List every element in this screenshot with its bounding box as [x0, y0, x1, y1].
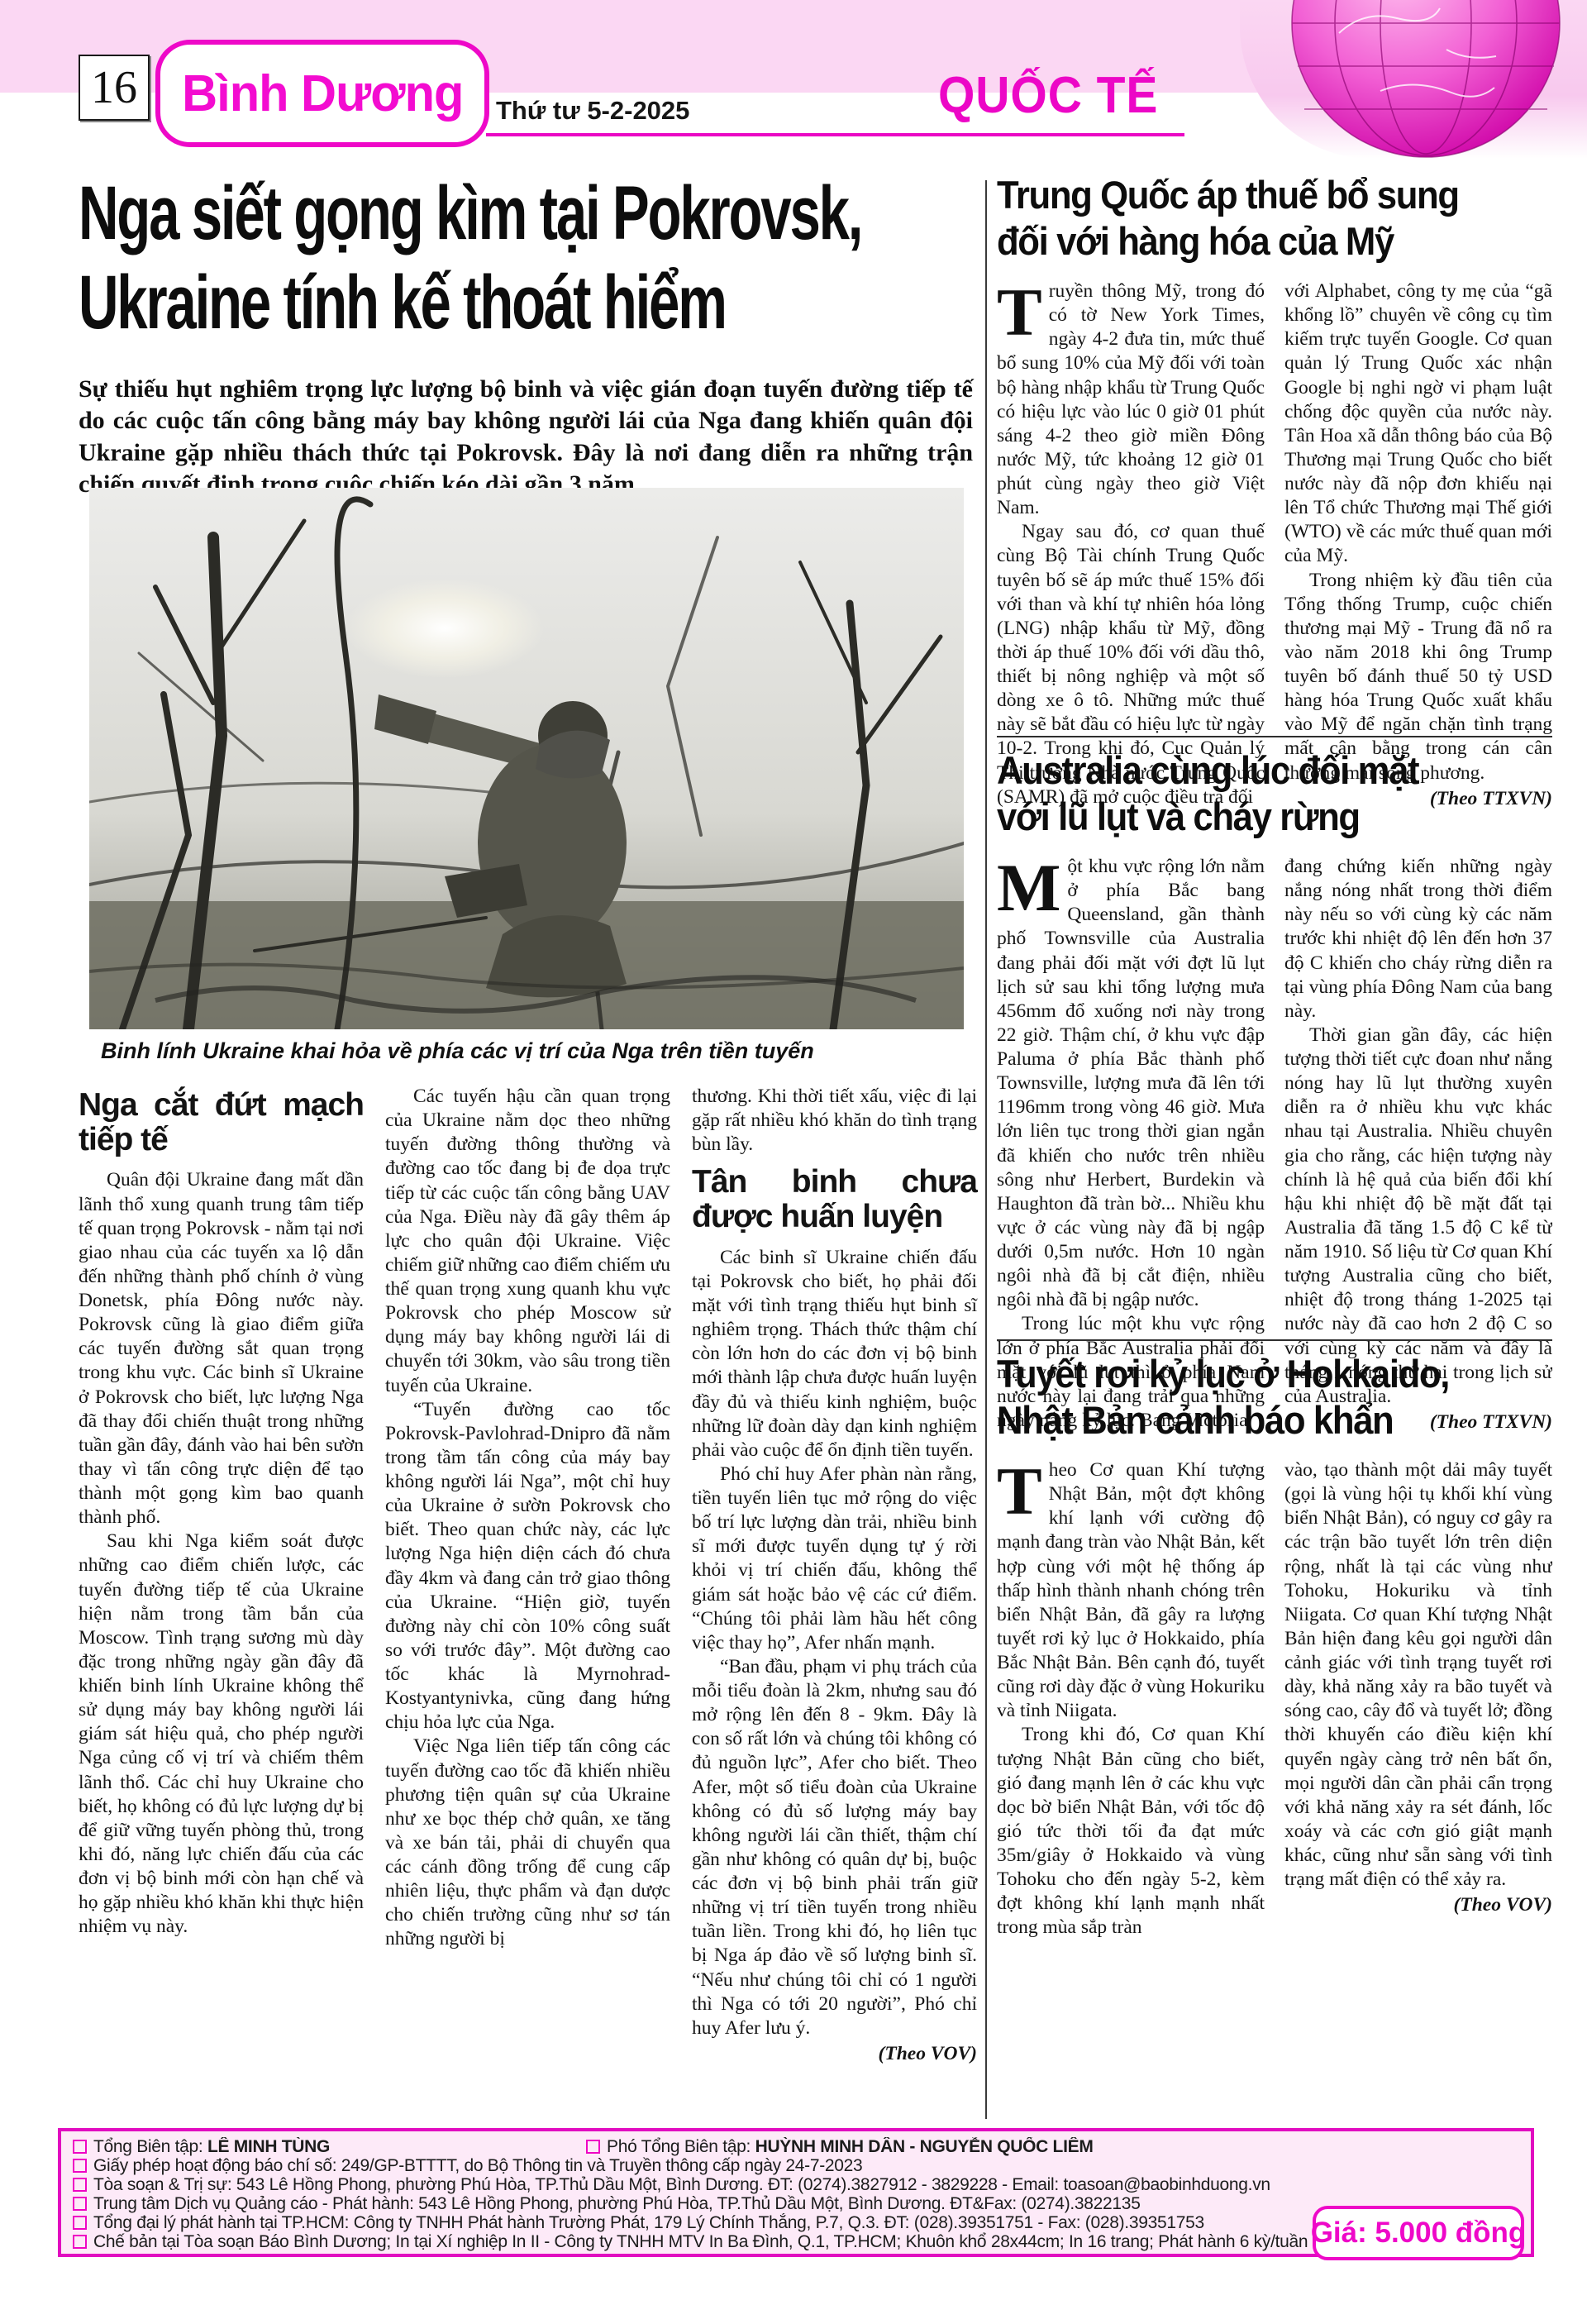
paragraph: Một khu vực rộng lớn nằm ở phía Bắc bang… [997, 855, 1265, 1312]
paragraph: Theo Cơ quan Khí tượng Nhật Bản, một đợt… [997, 1458, 1265, 1723]
article-photo [89, 488, 964, 1029]
advertising-text: Trung tâm Dịch vụ Quảng cáo - Phát hành:… [93, 2194, 1141, 2213]
deputy-editor-names: HUỲNH MINH DÂN - NGUYỄN QUỐC LIÊM [755, 2137, 1094, 2156]
australia-headline-line1: Australia cùng lúc đối mặt [997, 749, 1418, 792]
square-bullet-icon [73, 2216, 87, 2230]
price-label: Giá: 5.000 đồng [1311, 2217, 1527, 2250]
masthead-logo: Bình Dương [155, 40, 489, 147]
square-bullet-icon [73, 2140, 87, 2154]
china-headline-line1: Trung Quốc áp thuế bổ sung [997, 174, 1459, 217]
header-rule [486, 133, 1184, 136]
right-rail: Trung Quốc áp thuế bổ sung đối với hàng … [997, 174, 1552, 1894]
paragraph-continuation: vào, tạo thành một dải mây tuyết (gọi là… [1284, 1458, 1552, 1892]
imprint-line-editors: Tổng Biên tập: LÊ MINH TÙNG Phó Tổng Biê… [73, 2137, 1519, 2156]
price-box: Giá: 5.000 đồng [1313, 2206, 1524, 2260]
australia-headline-line2: với lũ lụt và cháy rừng [997, 795, 1360, 838]
drop-cap: T [997, 1458, 1049, 1518]
paragraph: Các binh sĩ Ukraine chiến đấu tại Pokrov… [692, 1246, 977, 1463]
china-column-a: Truyền thông Mỹ, trong đó có tờ New York… [997, 279, 1265, 811]
paragraph: Sau khi Nga kiểm soát được những cao điể… [79, 1529, 364, 1939]
byline-vov: (Theo VOV) [692, 2042, 977, 2066]
hokkaido-headline-line1: Tuyết rơi kỷ lục ở Hokkaido, [997, 1353, 1449, 1396]
paragraph-continuation: đang chứng kiến những ngày nắng nóng nhấ… [1284, 855, 1552, 1024]
subhead-supply-lines: Nga cắt đứt mạch tiếp tế [79, 1088, 364, 1157]
paragraph: “Tuyến đường cao tốc Pokrovsk-Pavlohrad-… [385, 1398, 670, 1735]
issue-date: Thứ tư 5-2-2025 [496, 96, 689, 126]
subhead-new-recruits: Tân binh chưa được huấn luyện [692, 1165, 977, 1234]
imprint-line-license: Giấy phép hoạt động báo chí số: 249/GP-B… [73, 2156, 1519, 2175]
main-headline-line2: Ukraine tính kế thoát hiểm [79, 263, 726, 343]
masthead-logo-text: Bình Dương [182, 64, 463, 123]
main-headline-line1: Nga siết gọng kìm tại Pokrovsk, [79, 174, 861, 254]
deputy-editor-label: Phó Tổng Biên tập: [607, 2137, 751, 2156]
editor-label: Tổng Biên tập: [93, 2137, 203, 2156]
square-bullet-icon [73, 2159, 87, 2173]
china-headline-line2: đối với hàng hóa của Mỹ [997, 220, 1394, 263]
main-article-body: Nga cắt đứt mạch tiếp tế Quân đội Ukrain… [79, 1085, 978, 2122]
printing-text: Chế bản tại Tòa soạn Báo Bình Dương; In … [93, 2232, 1308, 2251]
main-column-3: thương. Khi thời tiết xấu, việc đi lại g… [692, 1085, 977, 2122]
paragraph: Phó chỉ huy Afer phàn nàn rằng, tiền tuy… [692, 1463, 977, 1655]
hokkaido-headline-line2: Nhật Bản cảnh báo khẩn [997, 1399, 1393, 1442]
square-bullet-icon [73, 2197, 87, 2211]
office-text: Tòa soạn & Trị sự: 543 Lê Hồng Phong, ph… [93, 2175, 1270, 2194]
main-lede: Sự thiếu hụt nghiêm trọng lực lượng bộ b… [79, 374, 973, 501]
imprint-line-printing: Chế bản tại Tòa soạn Báo Bình Dương; In … [73, 2232, 1519, 2251]
imprint-line-advertising: Trung tâm Dịch vụ Quảng cáo - Phát hành:… [73, 2194, 1519, 2213]
main-headline: Nga siết gọng kìm tại Pokrovsk, Ukraine … [79, 174, 979, 352]
article-china-tariffs: Trung Quốc áp thuế bổ sung đối với hàng … [997, 174, 1552, 724]
article-australia-floods: Australia cùng lúc đối mặt với lũ lụt và… [997, 736, 1552, 1328]
australia-headline: Australia cùng lúc đối mặt với lũ lụt và… [997, 749, 1552, 842]
china-column-b: với Alphabet, công ty mẹ của “gã khổng l… [1284, 279, 1552, 811]
paragraph: Quân đội Ukraine đang mất dần lãnh thổ x… [79, 1168, 364, 1529]
drop-cap: M [997, 855, 1067, 914]
distribution-text: Tổng đại lý phát hành tại TP.HCM: Công t… [93, 2213, 1204, 2232]
globe-graphic-area [1240, 0, 1587, 159]
paragraph: Trong khi đó, Cơ quan Khí tượng Nhật Bản… [997, 1723, 1265, 1940]
vertical-divider [985, 180, 987, 2119]
square-bullet-icon [73, 2235, 87, 2249]
section-title: QUỐC TẾ [938, 66, 1158, 125]
imprint-line-office: Tòa soạn & Trị sự: 543 Lê Hồng Phong, ph… [73, 2175, 1519, 2194]
square-bullet-icon [586, 2140, 600, 2154]
paragraph: Truyền thông Mỹ, trong đó có tờ New York… [997, 279, 1265, 520]
main-column-1: Nga cắt đứt mạch tiếp tế Quân đội Ukrain… [79, 1085, 364, 2122]
paragraph: “Ban đầu, phạm vi phụ trách của mỗi tiểu… [692, 1655, 977, 2040]
hokkaido-column-b: vào, tạo thành một dải mây tuyết (gọi là… [1284, 1458, 1552, 1940]
article-photo-image [89, 488, 964, 1029]
photo-caption: Binh lính Ukraine khai hỏa về phía các v… [101, 1038, 960, 1064]
paragraph: Việc Nga liên tiếp tấn công các tuyến đư… [385, 1735, 670, 1951]
editor-name: LÊ MINH TÙNG [207, 2137, 330, 2156]
china-headline: Trung Quốc áp thuế bổ sung đối với hàng … [997, 174, 1552, 266]
square-bullet-icon [73, 2178, 87, 2192]
byline-vov: (Theo VOV) [1284, 1893, 1552, 1917]
paragraph: Các tuyến hậu cần quan trọng của Ukraine… [385, 1085, 670, 1398]
page-number: 16 [79, 55, 150, 121]
license-text: Giấy phép hoạt động báo chí số: 249/GP-B… [93, 2156, 862, 2175]
drop-cap: T [997, 279, 1049, 339]
hokkaido-headline: Tuyết rơi kỷ lục ở Hokkaido, Nhật Bản cả… [997, 1353, 1552, 1445]
page-number-value: 16 [91, 61, 137, 114]
main-column-2: Các tuyến hậu cần quan trọng của Ukraine… [385, 1085, 670, 2122]
hokkaido-column-a: Theo Cơ quan Khí tượng Nhật Bản, một đợt… [997, 1458, 1265, 1940]
imprint-line-distribution: Tổng đại lý phát hành tại TP.HCM: Công t… [73, 2213, 1519, 2232]
globe-icon [1240, 0, 1587, 159]
article-hokkaido-snow: Tuyết rơi kỷ lục ở Hokkaido, Nhật Bản cả… [997, 1339, 1552, 1894]
paragraph-continuation: với Alphabet, công ty mẹ của “gã khổng l… [1284, 279, 1552, 569]
paragraph-continuation: thương. Khi thời tiết xấu, việc đi lại g… [692, 1085, 977, 1157]
